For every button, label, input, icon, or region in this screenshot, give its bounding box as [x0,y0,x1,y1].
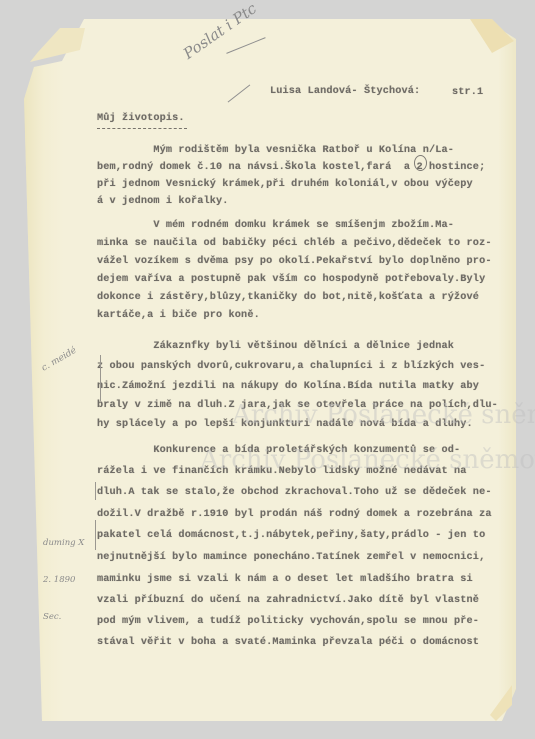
text-line: rážela i ve finančích krámku.Nebylo lids… [97,467,467,477]
margin-mark [100,355,101,401]
text-line: pakatel celá domácnost,t.j.nábytek,peřin… [97,531,485,541]
margin-mark [95,482,96,500]
title-underline [97,128,187,129]
text-line: nejnutnější bylo mamince ponecháno.Tatín… [97,553,485,563]
margin-note-line: 2. 1890 [43,574,84,586]
text-line: dejem vaříva a postupně pak vším co hosp… [97,275,485,285]
text-line: z obou panských dvorů,cukrovaru,a chalup… [97,362,485,372]
text-line: bem,rodný domek č.10 na návsi.Škola kost… [97,163,485,173]
text-line: Konkurence a bída proletářských konzumen… [97,446,460,456]
text-line: V mém rodném domku krámek se smíšenjm zb… [97,221,454,231]
text-line: maminku jsme si vzali k nám a o deset le… [97,575,473,585]
text-line: pod mým vlivem, a tudíž politicky vychov… [97,617,479,627]
text-line: dokonce i zástěry,blůzy,tkaničky do bot,… [97,293,479,303]
page-number: str.1 [452,88,483,98]
ink-circle-mark [414,155,427,171]
text-line: Zákaznfky byli většinou dělníci a dělnic… [97,342,454,352]
text-line: dluh.A tak se stalo,že obchod zkrachoval… [97,488,492,498]
text-line: nic.Zámožní jezdili na nákupy do Kolína.… [97,382,479,392]
margin-note-line: duming X [43,537,84,549]
text-line: kartáče,a i biče pro koně. [97,311,260,321]
text-line: vzali příbuzní do učení na zahradnictví.… [97,596,479,606]
author-heading: Luisa Landová- Štychová: [270,87,420,97]
text-line: při jednom Vesnický krámek,při druhém ko… [97,180,473,190]
margin-mark [95,520,96,550]
margin-note-line: Sec. [43,611,84,623]
text-line: vážel vozíkem s dvěma psy po okolí.Pekař… [97,257,492,267]
text-line: á v jednom i kořalky. [97,197,229,207]
text-line: hy splácely a po lepší konjunkturi nadál… [97,420,473,430]
text-line: Mým rodištěm byla vesnička Ratboř u Kolí… [97,146,454,156]
document-viewer: Poslat i Ptc str.1 Luisa Landová- Štycho… [0,0,535,739]
handwritten-margin-note: duming X 2. 1890 Sec. [43,512,84,647]
document-title: Můj životopis. [97,114,185,124]
text-line: minka se naučila od babičky péci chléb a… [97,239,492,249]
text-line: stával věřit v boha a svaté.Maminka přev… [97,638,479,648]
text-line: dožil.V dražbě r.1910 byl prodán náš rod… [97,510,492,520]
text-line: braly v zimě na dluh.Z jara,jak se otevř… [97,401,498,411]
